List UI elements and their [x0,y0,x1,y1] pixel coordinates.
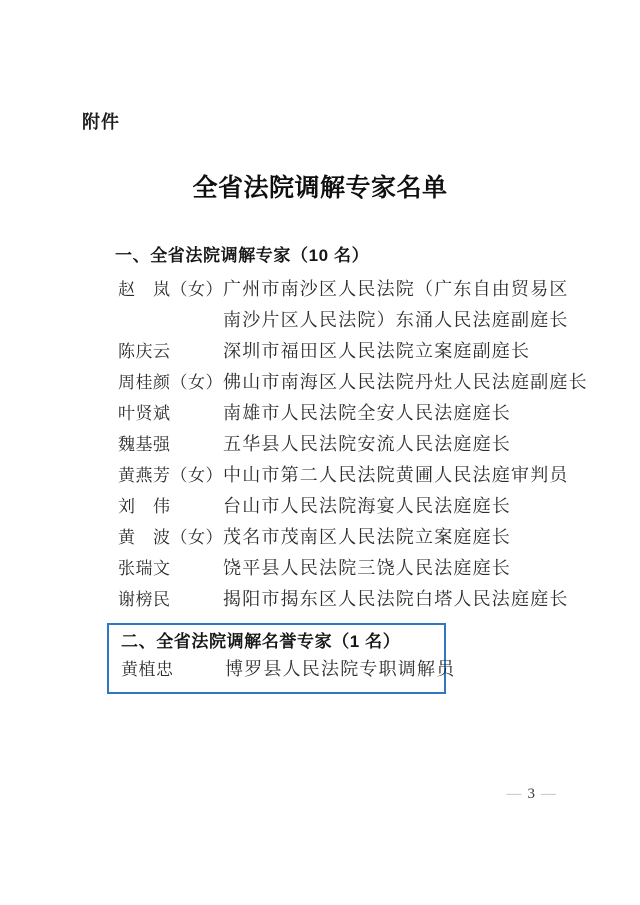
document-title: 全省法院调解专家名单 [0,168,640,204]
expert-row: 刘 伟 台山市人民法院海宴人民法庭庭长 [115,491,575,522]
expert-name: 张瑞文 [118,553,171,584]
expert-position-line: 揭阳市揭东区人民法院白塔人民法庭庭长 [223,584,575,615]
expert-position: 揭阳市揭东区人民法院白塔人民法庭庭长 [223,584,575,615]
expert-position: 佛山市南海区人民法院丹灶人民法庭副庭长 [223,367,575,398]
expert-row: 魏基强 五华县人民法院安流人民法庭庭长 [115,429,575,460]
section-2-expert-list: 黄植忠 博罗县人民法院专职调解员 [121,654,434,685]
experts-content: 一、全省法院调解专家（10 名） 赵 岚（女） 广州市南沙区人民法院（广东自由贸… [115,244,575,694]
expert-name: 叶贤斌 [118,398,171,429]
expert-position: 广州市南沙区人民法院（广东自由贸易区南沙片区人民法院）东涌人民法庭副庭长 [223,274,575,336]
expert-position-line: 饶平县人民法院三饶人民法庭庭长 [223,553,575,584]
expert-name: 赵 岚（女） [118,274,223,305]
expert-position: 茂名市茂南区人民法院立案庭庭长 [223,522,575,553]
expert-position-line: 广州市南沙区人民法院（广东自由贸易区 [223,274,575,305]
expert-name: 周桂颜（女） [118,367,223,398]
expert-position-line: 南沙片区人民法院）东涌人民法庭副庭长 [223,305,575,336]
expert-position: 台山市人民法院海宴人民法庭庭长 [223,491,575,522]
expert-position-line: 南雄市人民法院全安人民法庭庭长 [223,398,575,429]
page-number-value: 3 [528,786,536,802]
expert-row: 谢榜民 揭阳市揭东区人民法院白塔人民法庭庭长 [115,584,575,615]
expert-name: 黄燕芳（女） [118,460,223,491]
page-number: —3— [501,786,563,803]
expert-position: 五华县人民法院安流人民法庭庭长 [223,429,575,460]
expert-position-line: 五华县人民法院安流人民法庭庭长 [223,429,575,460]
section-provincial-experts: 一、全省法院调解专家（10 名） 赵 岚（女） 广州市南沙区人民法院（广东自由贸… [115,244,575,615]
section-1-expert-list: 赵 岚（女） 广州市南沙区人民法院（广东自由贸易区南沙片区人民法院）东涌人民法庭… [115,274,575,615]
section-2-heading: 二、全省法院调解名誉专家（1 名） [121,630,434,654]
page-number-left-dash: — [501,786,528,802]
expert-row: 周桂颜（女） 佛山市南海区人民法院丹灶人民法庭副庭长 [115,367,575,398]
expert-row: 叶贤斌 南雄市人民法院全安人民法庭庭长 [115,398,575,429]
page-number-right-dash: — [535,786,562,802]
expert-position-line: 博罗县人民法院专职调解员 [225,654,434,685]
expert-row: 黄 波（女） 茂名市茂南区人民法院立案庭庭长 [115,522,575,553]
expert-row: 张瑞文 饶平县人民法院三饶人民法庭庭长 [115,553,575,584]
expert-name: 魏基强 [118,429,171,460]
expert-row: 黄植忠 博罗县人民法院专职调解员 [121,654,434,685]
expert-position: 南雄市人民法院全安人民法庭庭长 [223,398,575,429]
document-page: 附件 全省法院调解专家名单 一、全省法院调解专家（10 名） 赵 岚（女） 广州… [0,0,640,905]
expert-name: 谢榜民 [118,584,171,615]
expert-position: 博罗县人民法院专职调解员 [225,654,434,685]
expert-position: 深圳市福田区人民法院立案庭副庭长 [223,336,575,367]
expert-position-line: 深圳市福田区人民法院立案庭副庭长 [223,336,575,367]
expert-position-line: 中山市第二人民法院黄圃人民法庭审判员 [223,460,575,491]
section-1-heading: 一、全省法院调解专家（10 名） [115,244,575,268]
expert-name: 黄植忠 [121,654,174,685]
expert-name: 刘 伟 [118,491,171,522]
expert-row: 陈庆云 深圳市福田区人民法院立案庭副庭长 [115,336,575,367]
expert-position: 饶平县人民法院三饶人民法庭庭长 [223,553,575,584]
attachment-label: 附件 [82,108,120,134]
expert-row: 黄燕芳（女） 中山市第二人民法院黄圃人民法庭审判员 [115,460,575,491]
expert-position-line: 台山市人民法院海宴人民法庭庭长 [223,491,575,522]
expert-position-line: 佛山市南海区人民法院丹灶人民法庭副庭长 [223,367,575,398]
expert-name: 黄 波（女） [118,522,223,553]
expert-row: 赵 岚（女） 广州市南沙区人民法院（广东自由贸易区南沙片区人民法院）东涌人民法庭… [115,274,575,336]
section-honorary-experts-highlight-box: 二、全省法院调解名誉专家（1 名） 黄植忠 博罗县人民法院专职调解员 [107,623,446,694]
expert-position-line: 茂名市茂南区人民法院立案庭庭长 [223,522,575,553]
expert-name: 陈庆云 [118,336,171,367]
expert-position: 中山市第二人民法院黄圃人民法庭审判员 [223,460,575,491]
